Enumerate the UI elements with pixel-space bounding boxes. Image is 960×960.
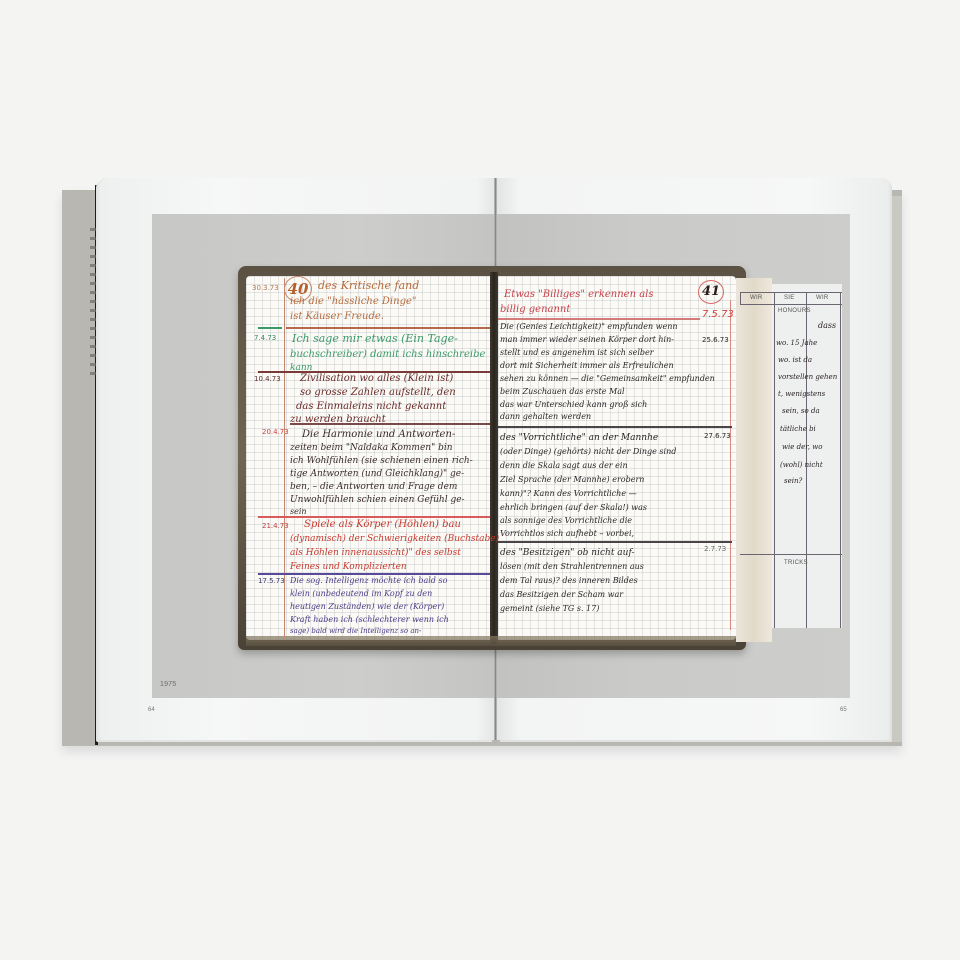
card-handwriting: wo. ist da bbox=[778, 357, 812, 364]
entry-line: dann gehalten werden bbox=[500, 413, 591, 421]
entry-line: lösen (mit den Strahlentrennen aus bbox=[500, 563, 644, 571]
entry-date: 25.6.73 bbox=[702, 336, 729, 344]
entry-line: sage) bald wird die Intelligenz so an- bbox=[290, 628, 421, 635]
entry-divider bbox=[498, 318, 700, 320]
entry-line: Etwas "Billiges" erkennen als bbox=[504, 290, 654, 300]
entry-date: 2.7.73 bbox=[704, 545, 726, 553]
entry-line: des Kritische fand bbox=[318, 280, 419, 291]
entry-date: 10.4.73 bbox=[254, 375, 281, 383]
entry-divider bbox=[498, 426, 732, 428]
entry-date: 7.4.73 bbox=[254, 334, 276, 342]
margin-line bbox=[730, 300, 731, 630]
entry-line: zeiten beim "Naldaka Kommen" bin bbox=[290, 444, 453, 453]
entry-divider bbox=[290, 423, 490, 425]
card-handwriting: (wohl) nicht bbox=[780, 462, 823, 469]
entry-line: man immer wieder seinen Körper dort hin- bbox=[500, 336, 674, 344]
card-handwriting: sein, so da bbox=[782, 408, 820, 415]
card-handwriting: wo. 15 Jahe bbox=[776, 340, 817, 347]
card-handwriting: wie der, wo bbox=[782, 444, 822, 451]
entry-line: als Höhlen innenaussicht)" des selbst bbox=[290, 549, 461, 558]
entry-line: sehen zu können — die "Gemeinsamkeit" em… bbox=[500, 375, 715, 383]
entry-line: ich Wohlfühlen (sie schienen einen rich- bbox=[290, 457, 473, 466]
entry-line: klein (unbedeutend im Kopf zu den bbox=[290, 590, 432, 598]
entry-line: dem Tal raus)? des inneren Bildes bbox=[500, 577, 638, 585]
entry-line: heutigen Zuständen) wie der (Körper) bbox=[290, 603, 444, 611]
notebook-gutter bbox=[490, 272, 498, 644]
entry-line: (oder Dinge) (gehörts) nicht der Dinge s… bbox=[500, 448, 676, 456]
entry-date: 27.6.73 bbox=[704, 432, 731, 440]
card-handwriting: t, wenigstens bbox=[778, 391, 825, 398]
card-column-header: SIE bbox=[784, 295, 795, 301]
entry-divider bbox=[258, 573, 490, 575]
entry-line: ich die "hässliche Dinge" bbox=[290, 297, 417, 307]
entry-divider bbox=[286, 327, 490, 329]
page-number-right: 65 bbox=[840, 707, 847, 713]
entry-line: Unwohlfühlen schien einen Gefühl ge- bbox=[290, 496, 465, 505]
entry-line: kann)"? Kann des Vorrichtliche — bbox=[500, 490, 637, 498]
entry-line: ben, – die Antworten und Frage dem bbox=[290, 483, 457, 492]
entry-line: so grosse Zahlen aufstellt, den bbox=[300, 388, 456, 398]
entry-line: ist Käuser Freude. bbox=[290, 312, 384, 322]
card-handwriting: dass bbox=[818, 322, 836, 330]
entry-line: Kraft haben ich (schlechterer wenn ich bbox=[290, 616, 449, 624]
entry-divider bbox=[498, 541, 732, 543]
page-edge-marks bbox=[90, 228, 96, 378]
card-section-honours: HONOURS bbox=[778, 308, 811, 314]
entry-divider bbox=[258, 327, 282, 329]
header-date: 7.5.73 bbox=[702, 309, 734, 320]
entry-line: sein bbox=[290, 508, 307, 516]
entry-line: das Besitzigen der Scham war bbox=[500, 591, 623, 599]
entry-line: Die sog. Intelligenz möchte ich bald so bbox=[290, 577, 447, 585]
page-number-circle-right: 41 bbox=[698, 280, 724, 304]
entry-date: 20.4.73 bbox=[262, 428, 289, 436]
entry-line: (dynamisch) der Schwierigkeiten (Buchsta… bbox=[290, 535, 499, 544]
entry-line: stellt und es angenehm ist sich selber bbox=[500, 349, 654, 357]
card-handwriting: tätliche bi bbox=[780, 426, 816, 433]
entry-line: Feines und Komplizierten bbox=[290, 563, 407, 572]
card-handwriting: sein? bbox=[784, 478, 802, 485]
entry-line: ehrlich bringen (auf der Skala!) was bbox=[500, 504, 647, 512]
entry-line: Vorrichtlos sich aufhebt – vorbei, bbox=[500, 530, 634, 538]
entry-divider bbox=[258, 516, 490, 518]
entry-line: Ziel Sprache (der Mannhe) erobern bbox=[500, 476, 644, 484]
entry-date: 30.3.73 bbox=[252, 284, 279, 292]
entry-line: billig genannt bbox=[500, 305, 570, 315]
plate-caption-year: 1975 bbox=[160, 681, 176, 688]
entry-line: das Einmaleins nicht gekannt bbox=[296, 402, 446, 412]
page-number-left: 64 bbox=[148, 707, 155, 713]
card-column-header: WIR bbox=[750, 295, 763, 301]
card-section-tricks: TRICKS bbox=[784, 560, 808, 566]
entry-line: Spiele als Körper (Höhlen) bau bbox=[304, 520, 461, 530]
entry-line: dort mit Sicherheit immer als Erfreulich… bbox=[500, 362, 674, 370]
entry-line: gemeint (siehe TG s. 17) bbox=[500, 605, 599, 613]
entry-line: als sonnige des Vorrichtliche die bbox=[500, 517, 632, 525]
entry-line: buchschreiber) damit ichs hinschreibe bbox=[290, 350, 485, 360]
entry-line: Die Harmonie und Antworten- bbox=[302, 430, 455, 440]
entry-date: 17.5.73 bbox=[258, 577, 285, 585]
entry-line: beim Zuschauen das erste Mal bbox=[500, 388, 625, 396]
entry-line: das war Unterschied kann groß sich bbox=[500, 401, 647, 409]
entry-line: des "Vorrichtliche" an der Mannhe bbox=[500, 434, 658, 443]
card-column-header: WIR bbox=[816, 295, 829, 301]
entry-line: denn die Skala sagt aus der ein bbox=[500, 462, 628, 470]
entry-date: 21.4.73 bbox=[262, 522, 289, 530]
entry-line: Die (Genies Leichtigkeit)" empfunden wen… bbox=[500, 323, 678, 331]
entry-line: Ich sage mir etwas (Ein Tage- bbox=[292, 333, 458, 344]
card-handwriting: vorstellen gehen bbox=[778, 374, 837, 381]
entry-line: Zivilisation wo alles (Klein ist) bbox=[300, 374, 453, 384]
entry-line: tige Antworten (und Gleichklang)" ge- bbox=[290, 470, 464, 479]
notebook-bottom-edge bbox=[246, 636, 736, 646]
entry-line: des "Besitzigen" ob nicht auf- bbox=[500, 549, 635, 558]
